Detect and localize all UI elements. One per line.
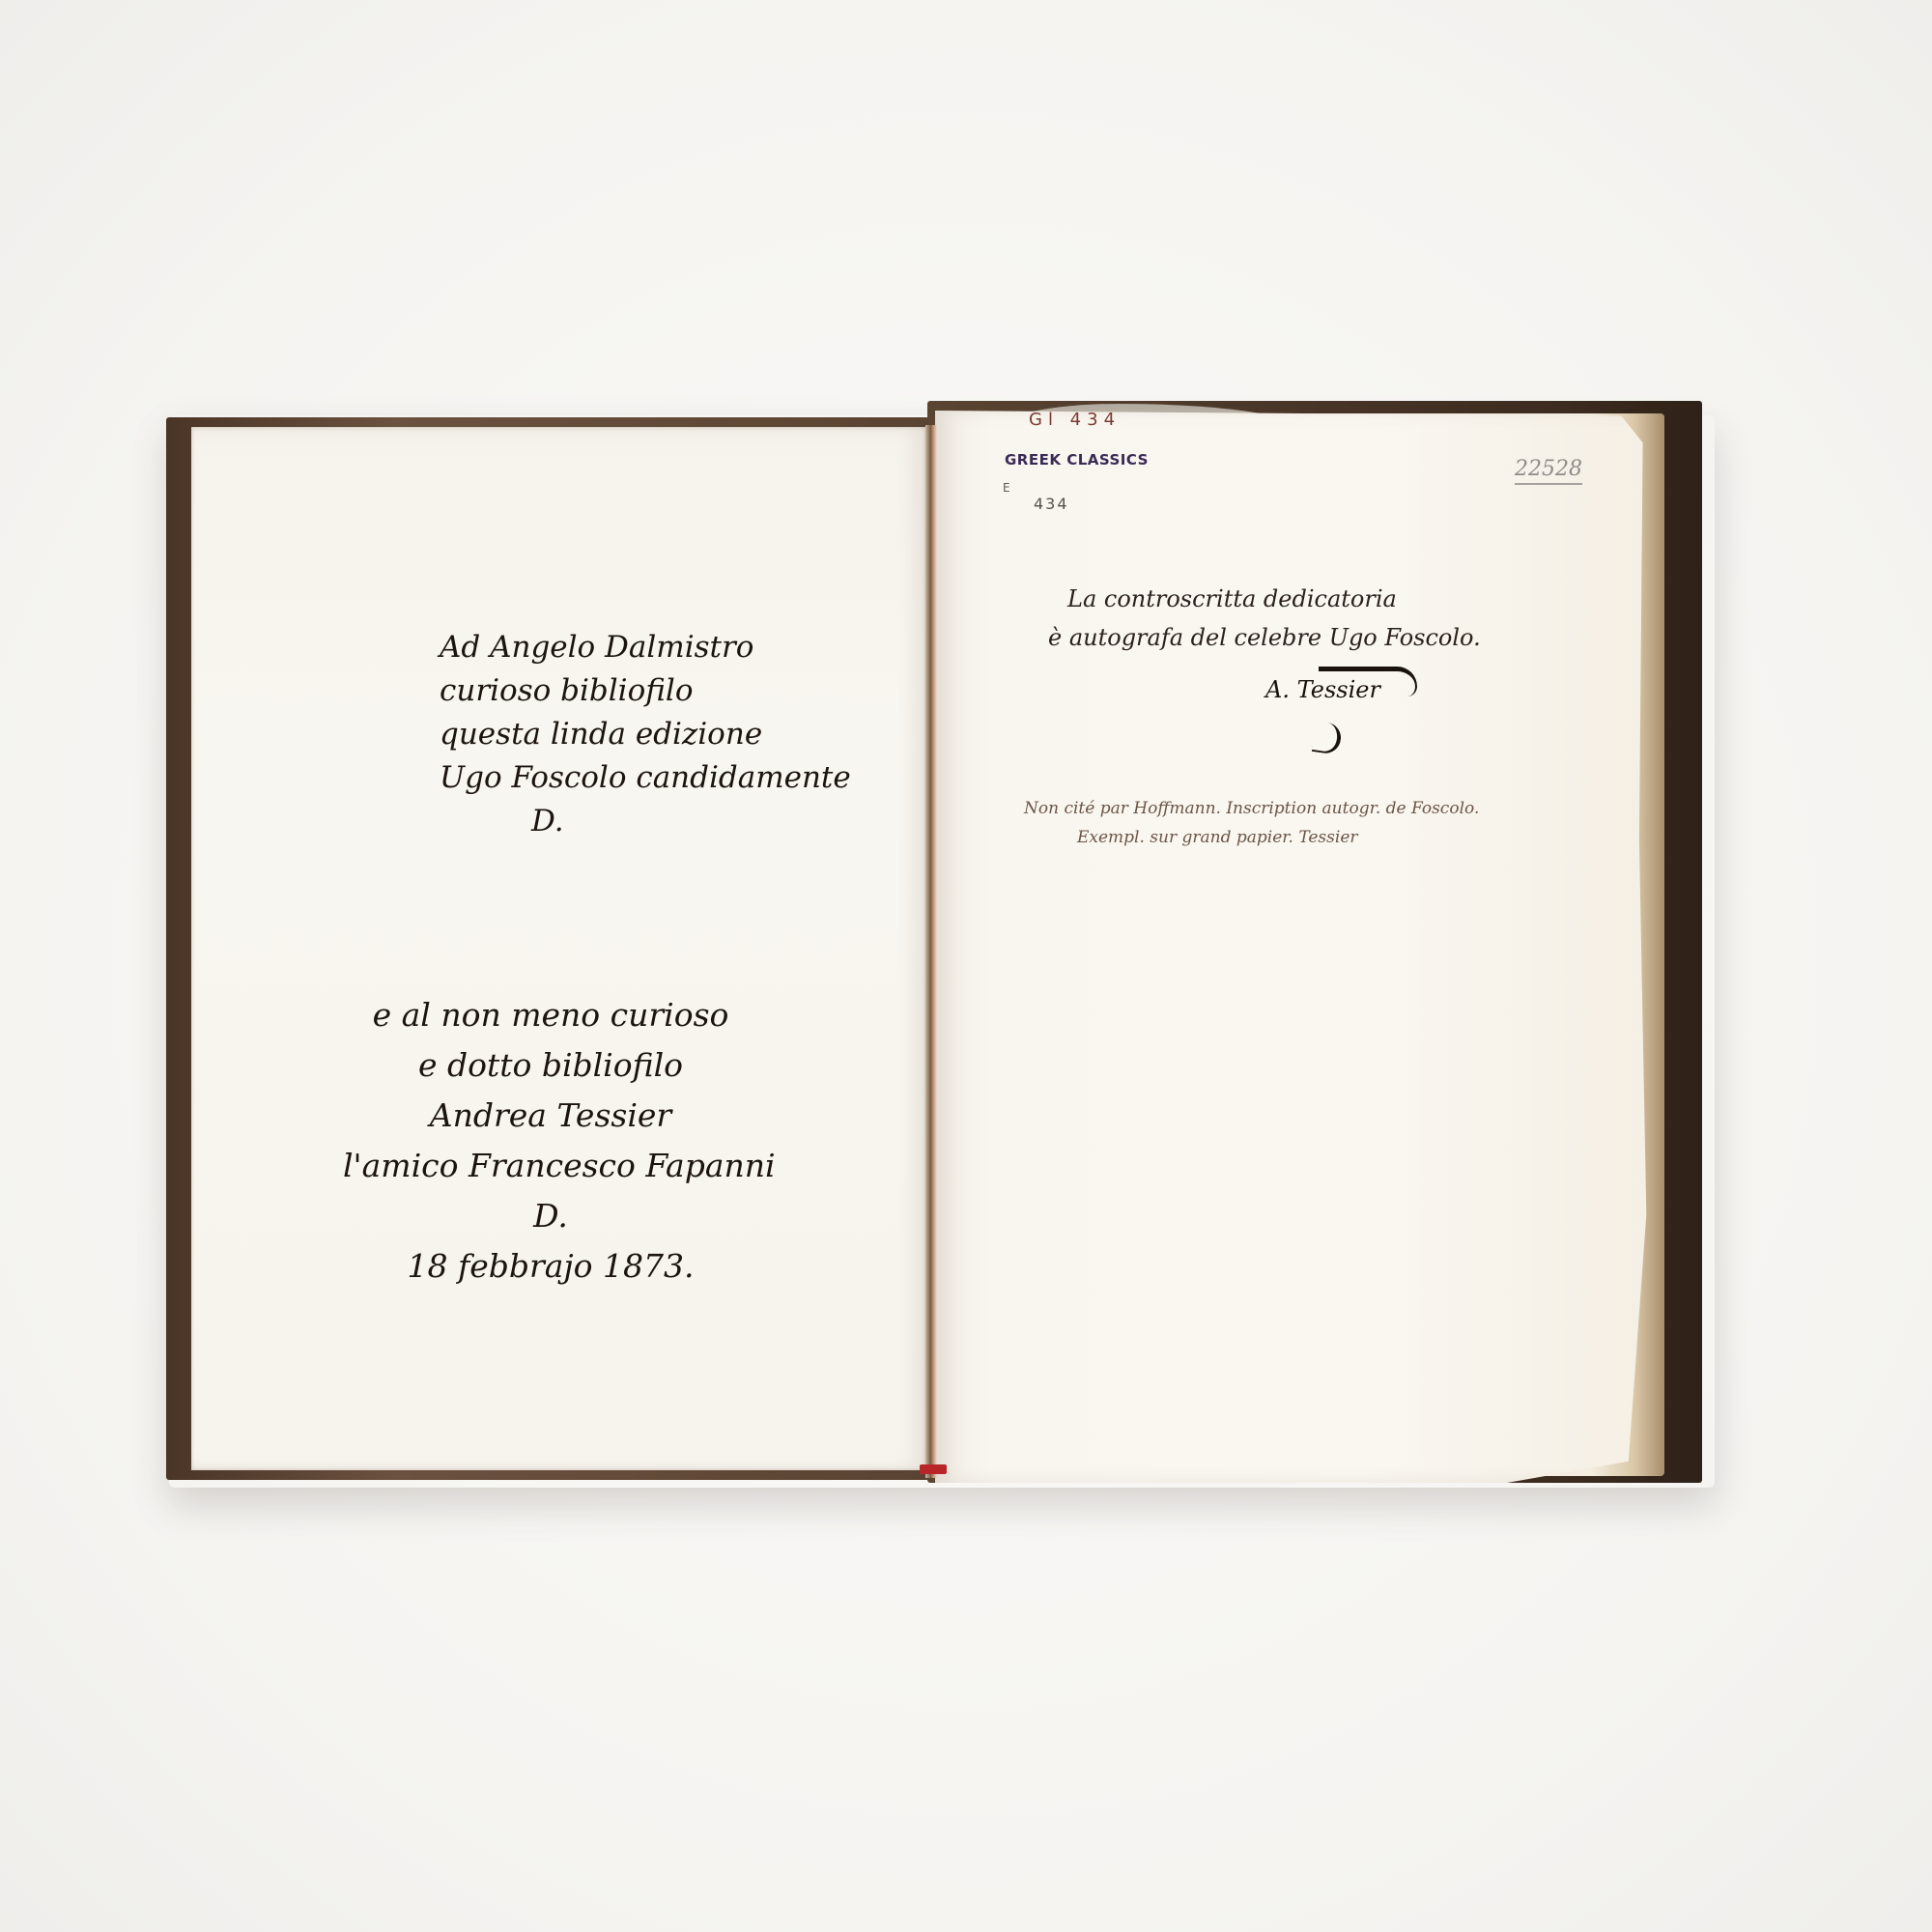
note-line: è autografa del celebre Ugo Foscolo. (1048, 618, 1481, 657)
note-line: La controscritta dedicatoria (1048, 580, 1481, 618)
library-stamp: GREEK CLASSICS (1005, 451, 1149, 469)
bibliographic-note: Non cité par Hoffmann. Inscription autog… (1024, 794, 1479, 852)
dedication-line: curioso bibliofilo (440, 669, 851, 713)
book-gutter (925, 425, 937, 1478)
dedication-date: 18 febbrajo 1873. (343, 1241, 758, 1292)
accession-number: 22528 (1515, 458, 1582, 485)
headband-red (920, 1464, 947, 1474)
dedication-line: Ad Angelo Dalmistro (440, 626, 851, 669)
stamp-sub-mark: E (1003, 481, 1010, 495)
photo-stage: Ad Angelo Dalmistro curioso bibliofilo q… (0, 0, 1932, 1932)
dedication-line: D. (343, 1191, 758, 1241)
top-shelfmark: Gl 434 (1029, 410, 1121, 430)
right-page (935, 411, 1650, 1483)
dedication-line: Andrea Tessier (343, 1091, 758, 1141)
signature-flourish (1319, 667, 1417, 696)
dedication-line: l'amico Francesco Fapanni (343, 1141, 758, 1191)
tessier-note: La controscritta dedicatoria è autografa… (1048, 580, 1481, 657)
left-page (191, 427, 925, 1470)
note-line: Non cité par Hoffmann. Inscription autog… (1024, 794, 1479, 823)
fapanni-dedication: e al non meno curioso e dotto bibliofilo… (343, 990, 758, 1292)
dedication-line: e dotto bibliofilo (343, 1040, 758, 1091)
foscolo-dedication: Ad Angelo Dalmistro curioso bibliofilo q… (440, 626, 851, 843)
dedication-line: e al non meno curioso (343, 990, 758, 1040)
note-line: Exempl. sur grand papier. Tessier (1024, 823, 1479, 852)
shelf-number: 434 (1034, 495, 1069, 513)
dedication-line: D. (440, 800, 851, 843)
dedication-line: questa linda edizione (440, 713, 851, 756)
dedication-line: Ugo Foscolo candidamente (440, 756, 851, 800)
